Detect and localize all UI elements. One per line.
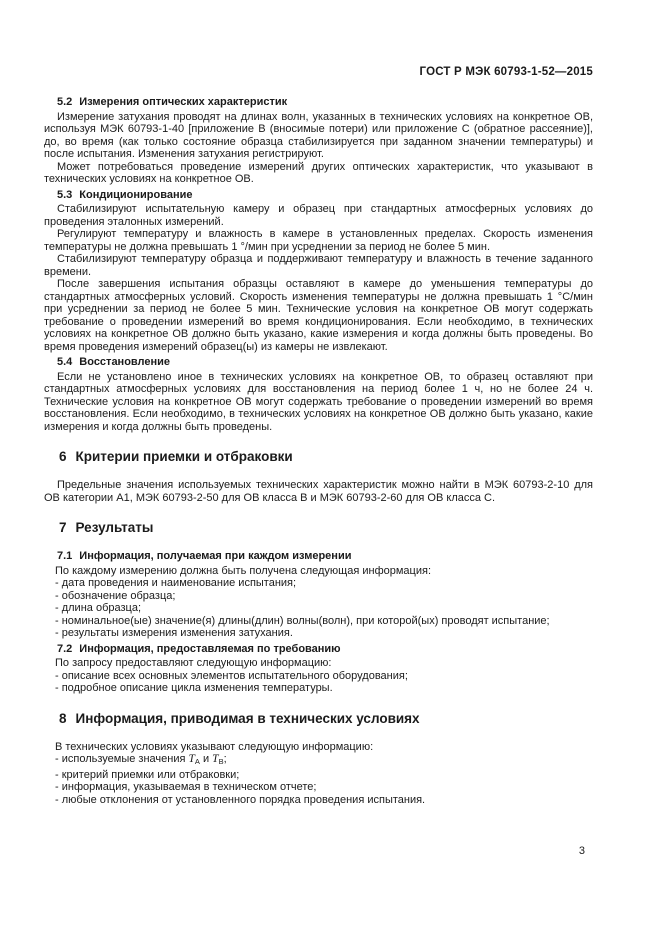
list-item: - номинальное(ые) значение(я) длины(длин… [44, 615, 593, 628]
section-number: 5.4 [57, 356, 72, 368]
section-8-title: 8Информация, приводимая в технических ус… [44, 710, 593, 727]
paragraph: Если не установлено иное в технических у… [44, 371, 593, 434]
list-item: - критерий приемки или отбраковки; [44, 769, 593, 782]
list-item: - обозначение образца; [44, 590, 593, 603]
section-number: 7 [59, 520, 67, 535]
paragraph: Измерение затухания проводят на длинах в… [44, 111, 593, 161]
section-number: 5.3 [57, 189, 72, 201]
section-title-text: Результаты [76, 520, 154, 535]
paragraph: Может потребоваться проведение измерений… [44, 161, 593, 186]
section-7-title: 7Результаты [44, 519, 593, 536]
item-text: ; [224, 753, 227, 765]
page-number: 3 [579, 845, 585, 857]
paragraph: Стабилизируют испытательную камеру и обр… [44, 203, 593, 228]
section-7-2-title: 7.2Информация, предоставляемая по требов… [44, 643, 593, 656]
section-5-2-title: 5.2Измерения оптических характеристик [44, 96, 593, 109]
list-intro: По каждому измерению должна быть получен… [44, 565, 593, 578]
list-item-temperature-values: - используемые значения TА и TВ; [44, 753, 593, 769]
section-number: 5.2 [57, 96, 72, 108]
section-number: 8 [59, 711, 67, 726]
paragraph: После завершения испытания образцы остав… [44, 278, 593, 353]
section-title-text: Информация, получаемая при каждом измере… [79, 550, 351, 562]
section-number: 7.1 [57, 550, 72, 562]
section-6-title: 6Критерии приемки и отбраковки [44, 448, 593, 465]
list-item: - описание всех основных элементов испыт… [44, 670, 593, 683]
document-page: ГОСТ Р МЭК 60793-1-52—2015 5.2Измерения … [0, 0, 661, 936]
list-intro: В технических условиях указывают следующ… [44, 741, 593, 754]
list-item: - информация, указываемая в техническом … [44, 781, 593, 794]
section-title-text: Кондиционирование [79, 189, 192, 201]
list-intro: По запросу предоставляют следующую инфор… [44, 657, 593, 670]
list-item: - длина образца; [44, 602, 593, 615]
list-item: - результаты измерения изменения затухан… [44, 627, 593, 640]
section-title-text: Измерения оптических характеристик [79, 96, 287, 108]
item-text: - используемые значения [55, 753, 188, 765]
section-title-text: Восстановление [79, 356, 170, 368]
section-title-text: Информация, предоставляемая по требовани… [79, 643, 340, 655]
section-number: 6 [59, 449, 67, 464]
section-5-4-title: 5.4Восстановление [44, 356, 593, 369]
paragraph: Стабилизируют температуру образца и подд… [44, 253, 593, 278]
section-title-text: Критерии приемки и отбраковки [76, 449, 293, 464]
paragraph: Предельные значения используемых техниче… [44, 479, 593, 504]
list-item: - любые отклонения от установленного пор… [44, 794, 593, 807]
section-7-1-title: 7.1Информация, получаемая при каждом изм… [44, 550, 593, 563]
list-item: - подробное описание цикла изменения тем… [44, 682, 593, 695]
document-code-header: ГОСТ Р МЭК 60793-1-52—2015 [44, 66, 593, 78]
section-5-3-title: 5.3Кондиционирование [44, 189, 593, 202]
paragraph: Регулируют температуру и влажность в кам… [44, 228, 593, 253]
item-text: и [200, 753, 212, 765]
page-content: ГОСТ Р МЭК 60793-1-52—2015 5.2Измерения … [44, 66, 593, 806]
section-number: 7.2 [57, 643, 72, 655]
section-title-text: Информация, приводимая в технических усл… [76, 711, 420, 726]
list-item: - дата проведения и наименование испытан… [44, 577, 593, 590]
